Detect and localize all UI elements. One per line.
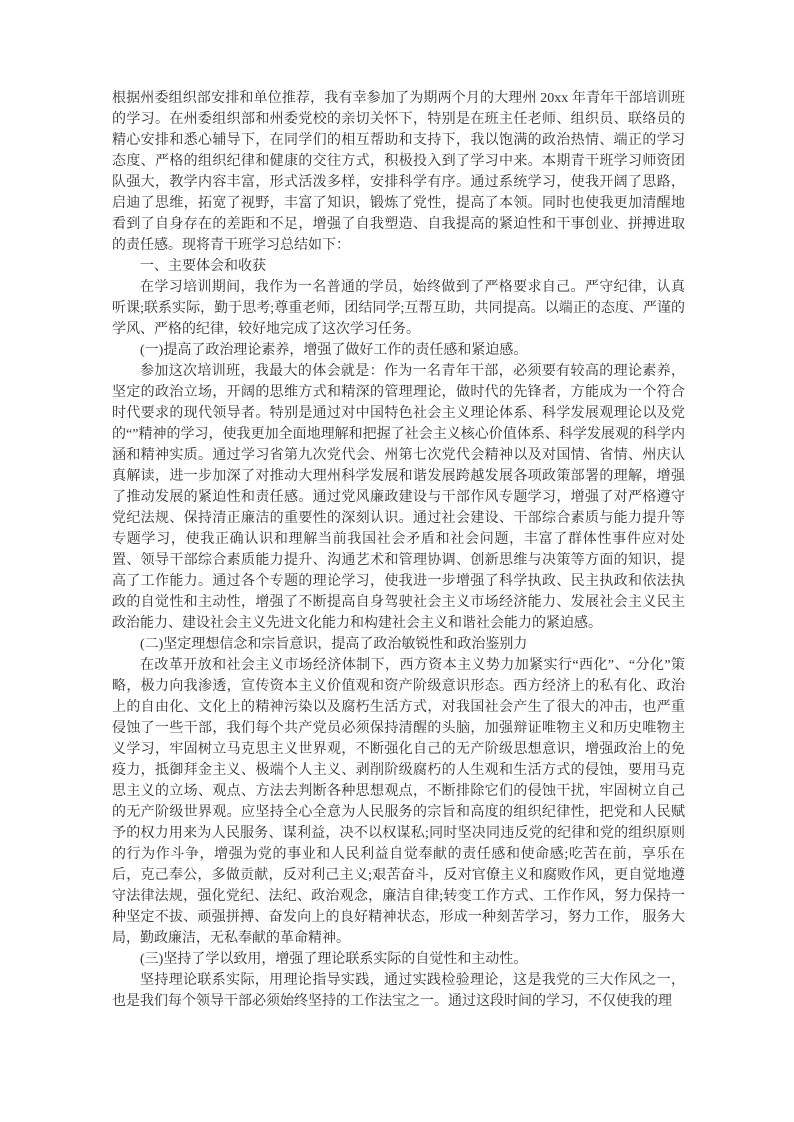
paragraph: (一)提高了政治理论素养，增强了做好工作的责任感和紧迫感。 [112, 340, 685, 361]
paragraph: 在改革开放和社会主义市场经济体制下，西方资本主义势力加紧实行“西化”、“分化”策… [112, 655, 685, 949]
paragraph: 根据州委组织部安排和单位推荐，我有幸参加了为期两个月的大理州 20xx 年青年干… [112, 88, 685, 256]
paragraph: (二)坚定理想信念和宗旨意识，提高了政治敏锐性和政治鉴别力 [112, 634, 685, 655]
document-body: 根据州委组织部安排和单位推荐，我有幸参加了为期两个月的大理州 20xx 年青年干… [112, 88, 685, 1012]
paragraph: 一、主要体会和收获 [112, 256, 685, 277]
paragraph: (三)坚持了学以致用，增强了理论联系实际的自觉性和主动性。 [112, 949, 685, 970]
paragraph: 参加这次培训班，我最大的体会就是：作为一名青年干部，必须要有较高的理论素养，坚定… [112, 361, 685, 634]
paragraph: 在学习培训期间，我作为一名普通的学员，始终做到了严格要求自己。严守纪律，认真听课… [112, 277, 685, 340]
document-page: 根据州委组织部安排和单位推荐，我有幸参加了为期两个月的大理州 20xx 年青年干… [0, 0, 794, 1122]
paragraph: 坚持理论联系实际，用理论指导实践，通过实践检验理论，这是我党的三大作风之一，也是… [112, 970, 685, 1012]
